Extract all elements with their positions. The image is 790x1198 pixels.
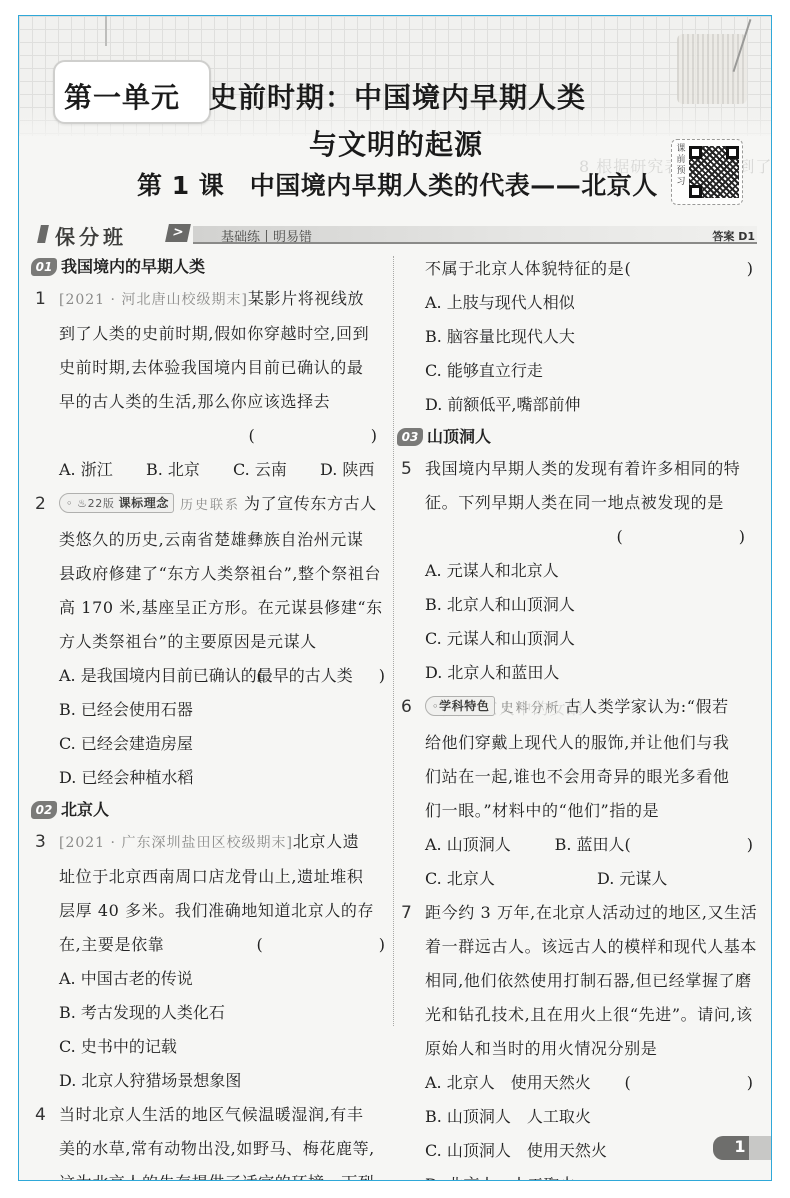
options-row: A. 山顶洞人 B. 蓝田人	[397, 828, 625, 862]
lesson-title: 第 1 课 中国境内早期人类的代表——北京人	[137, 166, 658, 202]
left-column: 01 我国境内的早期人类 1 [2021 · 河北唐山校级期末]某影片将视线放 …	[31, 252, 389, 1181]
option-a[interactable]: A. 中国古老的传说	[31, 962, 389, 996]
question-text: 史前时期,去体验我国境内目前已确认的最	[59, 351, 389, 385]
chevron-right-icon: >	[165, 224, 191, 242]
page-frame: 8 根据研究表明,北京到了170万年前 (3)北京人中的女娲 第一单元 史前时期…	[18, 15, 772, 1181]
tag-label: 学科特色	[439, 699, 489, 713]
option-c[interactable]: C. 元谋人和山顶洞人	[397, 622, 757, 656]
options-row: A. 浙江 B. 北京 C. 云南 D. 陕西	[31, 453, 389, 487]
question-number: 1	[35, 282, 46, 316]
option-d[interactable]: D. 已经会种植水稻	[31, 761, 389, 795]
option-a[interactable]: A. 元谋人和北京人	[397, 554, 757, 588]
question-text: 不属于北京人体貌特征的是	[425, 259, 624, 278]
question-number: 5	[401, 452, 412, 486]
question-2: 2 ◦ ♨22版 课标理念历史联系为了宣传东方古人 类悠久的历史,云南省楚雄彝族…	[31, 487, 389, 659]
option-d[interactable]: D. 北京人和蓝田人	[397, 656, 757, 690]
question-text: 美的水草,常有动物出没,如野马、梅花鹿等,	[59, 1132, 389, 1166]
options-row: C. 北京人 D. 元谋人	[397, 862, 757, 896]
answer-blank[interactable]: ( )	[425, 520, 772, 554]
question-1: 1 [2021 · 河北唐山校级期末]某影片将视线放 到了人类的史前时期,假如你…	[31, 282, 389, 453]
option-c[interactable]: C. 云南	[233, 453, 320, 487]
question-source: [2021 · 河北唐山校级期末]	[59, 292, 248, 308]
tag-subtitle: 史料分析	[501, 701, 561, 716]
option-c[interactable]: C. 史书中的记载	[31, 1030, 389, 1064]
answer-blank[interactable]: ( )	[625, 252, 773, 286]
answer-blank[interactable]: ( )	[257, 659, 414, 693]
tag-subtitle: 历史联系	[180, 498, 240, 513]
question-text: 光和钻孔技术,且在用火上很“先进”。请问,该	[425, 998, 757, 1032]
section-subtitle: 基础练丨明易错	[221, 226, 312, 245]
question-text: 相同,他们依然使用打制石器,但已经掌握了磨	[425, 964, 757, 998]
question-4-continued: 不属于北京人体貌特征的是( )	[397, 252, 757, 286]
question-text: 古人类学家认为:“假若	[565, 697, 729, 716]
question-text: 到了人类的史前时期,假如你穿越时空,回到	[59, 317, 389, 351]
question-text: 给他们穿戴上现代人的服饰,并让他们与我	[425, 726, 757, 760]
question-4: 4 当时北京人生活的地区气候温暖湿润,有丰 美的水草,常有动物出没,如野马、梅花…	[31, 1098, 389, 1181]
option-b[interactable]: B. 蓝田人	[555, 828, 625, 862]
question-text: 县政府修建了“东方人类祭祖台”,整个祭祖台	[59, 557, 389, 591]
topic-heading: 03 山顶洞人	[397, 422, 757, 452]
option-d[interactable]: D. 北京人狩猎场景想象图	[31, 1064, 389, 1098]
option-c[interactable]: C. 已经会建造房屋	[31, 727, 389, 761]
option-d[interactable]: D. 陕西	[320, 453, 374, 487]
decorative-line	[105, 16, 107, 46]
subject-feature-tag: ◦学科特色	[425, 696, 495, 716]
option-a[interactable]: A. 山顶洞人	[425, 828, 555, 862]
option-c[interactable]: C. 北京人	[425, 862, 597, 896]
qr-corner	[689, 185, 702, 198]
topic-title: 北京人	[61, 793, 109, 827]
option-b[interactable]: B. 北京人和山顶洞人	[397, 588, 757, 622]
topic-heading: 02 北京人	[31, 795, 389, 825]
answer-blank[interactable]: ( )	[257, 928, 414, 962]
unit-title-line2: 与文明的起源	[19, 123, 772, 163]
option-b[interactable]: B. 考古发现的人类化石	[31, 996, 389, 1030]
topic-title: 我国境内的早期人类	[61, 250, 205, 284]
option-c[interactable]: C. 能够直立行走	[397, 354, 757, 388]
answer-reference: 答案 D1	[712, 228, 755, 244]
question-number: 2	[35, 487, 46, 521]
question-text: 在,主要是依靠	[59, 935, 164, 954]
tag-label: 课标理念	[119, 496, 169, 510]
option-c[interactable]: C. 山顶洞人 使用天然火	[397, 1134, 757, 1168]
question-text: 们站在一起,谁也不会用奇异的眼光多看他	[425, 760, 757, 794]
option-b[interactable]: B. 脑容量比现代人大	[397, 320, 757, 354]
question-text: 层厚 40 多米。我们准确地知道北京人的存	[59, 894, 389, 928]
unit-title: 史前时期：中国境内早期人类	[209, 76, 586, 116]
topic-badge: 02	[31, 801, 57, 819]
question-text: 征。下列早期人类在同一地点被发现的是	[425, 486, 757, 520]
qr-code-icon[interactable]	[689, 146, 739, 198]
question-number: 4	[35, 1098, 46, 1132]
option-d[interactable]: D. 北京人 人工取火	[397, 1168, 757, 1181]
question-text: 址位于北京西南周口店龙骨山上,遗址堆积	[59, 860, 389, 894]
question-text: 某影片将视线放	[248, 289, 364, 308]
question-text: 当时北京人生活的地区气候温暖湿润,有丰	[59, 1098, 389, 1132]
option-b[interactable]: B. 已经会使用石器	[31, 693, 389, 727]
topic-title: 山顶洞人	[427, 420, 491, 454]
slash-icon	[37, 225, 49, 243]
column-divider	[393, 256, 394, 1026]
topic-heading: 01 我国境内的早期人类	[31, 252, 389, 282]
question-number: 3	[35, 825, 46, 859]
option-b[interactable]: B. 北京	[146, 453, 233, 487]
curriculum-tag: ◦ ♨22版 课标理念	[59, 493, 174, 513]
question-text: 高 170 米,基座呈正方形。在元谋县修建“东	[59, 591, 389, 625]
question-number: 6	[401, 690, 412, 724]
question-text: 着一群远古人。该远古人的模样和现代人基本	[425, 930, 757, 964]
tag-prefix: ◦ ♨22版	[66, 497, 114, 510]
option-a[interactable]: A. 浙江	[59, 453, 146, 487]
topic-badge: 01	[31, 258, 57, 276]
option-d[interactable]: D. 前额低平,嘴部前伸	[397, 388, 757, 422]
question-3: 3 [2021 · 广东深圳盐田区校级期末]北京人遗 址位于北京西南周口店龙骨山…	[31, 825, 389, 962]
qr-corner	[689, 146, 702, 159]
answer-blank[interactable]: ( )	[625, 1066, 773, 1100]
question-text: 早的古人类的生活,那么你应该选择去	[59, 385, 389, 419]
bamboo-scroll-icon	[677, 34, 747, 104]
section-title: 保分班	[55, 221, 127, 250]
question-text: 这为北京人的生存提供了适宜的环境。下列	[59, 1166, 389, 1181]
qr-corner	[726, 146, 739, 159]
option-d[interactable]: D. 元谋人	[597, 862, 667, 896]
section-bar: 保分班 > 基础练丨明易错 答案 D1	[35, 222, 757, 244]
question-6: 6 ◦学科特色史料分析古人类学家认为:“假若 给他们穿戴上现代人的服饰,并让他们…	[397, 690, 757, 828]
question-text: 北京人遗	[293, 832, 359, 851]
question-text: 原始人和当时的用火情况分别是	[425, 1039, 657, 1058]
qr-label: 课前预习	[675, 144, 687, 188]
question-text: 距今约 3 万年,在北京人活动过的地区,又生活	[425, 896, 757, 930]
page-number: 1	[730, 1137, 750, 1156]
question-7: 7 距今约 3 万年,在北京人活动过的地区,又生活 着一群远古人。该远古人的模样…	[397, 896, 757, 1066]
option-b[interactable]: B. 山顶洞人 人工取火	[397, 1100, 757, 1134]
topic-badge: 03	[397, 428, 423, 446]
question-text: 们一眼。”材料中的“他们”指的是	[425, 801, 659, 820]
question-number: 7	[401, 896, 412, 930]
answer-blank[interactable]: ( )	[625, 828, 773, 862]
question-text: 方人类祭祖台”的主要原因是元谋人	[59, 632, 317, 651]
question-text: 我国境内早期人类的发现有着许多相同的特	[425, 452, 757, 486]
question-text: 为了宣传东方古人	[244, 494, 377, 513]
right-column: 不属于北京人体貌特征的是( ) A. 上肢与现代人相似 B. 脑容量比现代人大 …	[397, 252, 757, 1181]
question-5: 5 我国境内早期人类的发现有着许多相同的特 征。下列早期人类在同一地点被发现的是…	[397, 452, 757, 554]
answer-blank[interactable]: ( )	[59, 419, 411, 453]
question-source: [2021 · 广东深圳盐田区校级期末]	[59, 835, 293, 851]
unit-label: 第一单元	[64, 76, 180, 116]
question-text: 类悠久的历史,云南省楚雄彝族自治州元谋	[59, 523, 389, 557]
option-a[interactable]: A. 上肢与现代人相似	[397, 286, 757, 320]
